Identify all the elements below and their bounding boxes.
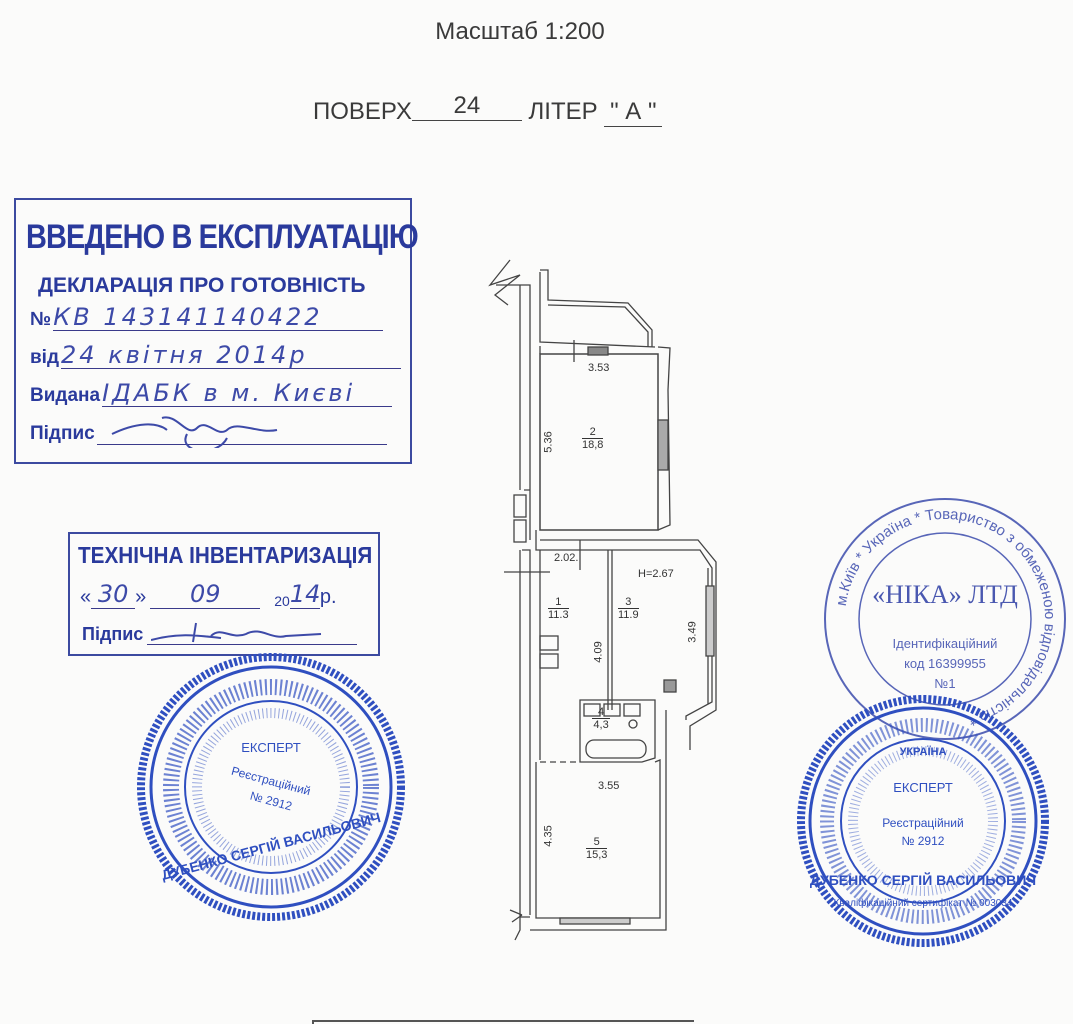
letter-value: " А " [604,98,662,127]
dim-room2-length: 5.36 [543,431,555,452]
floor-plan: 3.53 5.36 2 18,8 2.02. Н=2.67 1 11.3 3 1… [480,250,730,950]
room-area: 11.3 [548,609,569,621]
expert-person: ДУБЕНКО СЕРГІЙ ВАСИЛЬОВИЧ [796,872,1050,888]
signature-icon [107,408,307,448]
expert-seal-left: ЕКСПЕРТ Реєстраційний № 2912 ДУБЕНКО СЕР… [136,652,406,922]
dim-room2-width: 3.53 [588,362,609,374]
room-number: 1 [548,596,569,609]
room-number: 2 [582,426,603,439]
room-2-label: 2 18,8 [582,426,603,451]
dim-room5-length: 4.35 [543,825,555,846]
inventory-date-row: « 30 » 09 20 14 р. [80,580,337,609]
room-number: 5 [586,836,607,849]
room-number: 4 [592,706,610,719]
dim-room5-width: 3.55 [598,780,619,792]
room-area: 4,3 [593,719,608,731]
room-3-label: 3 11.9 [618,596,639,621]
dim-room1-width: 2.02. [554,552,578,564]
expert-reg-label: Реєстраційний [796,816,1050,830]
inventory-signature-row: Підпис [82,624,357,645]
open-quote: « [80,586,91,609]
date-value: 24 квітня 2014р [61,342,401,369]
dim-room3-length: 3.49 [687,621,699,642]
close-quote: » [135,586,146,609]
inventory-day: 30 [91,580,135,609]
year-suffix: р. [320,586,337,609]
floor-value: 24 [412,92,522,121]
room-number: 3 [618,596,639,609]
nika-id-label: Ідентифікаційний [822,636,1068,651]
letter-label: ЛІТЕР [529,98,598,125]
year-prefix: 20 [274,593,290,609]
nika-code: код 16399955 [822,656,1068,671]
stamp-subtitle: ДЕКЛАРАЦІЯ ПРО ГОТОВНІСТЬ [38,274,365,298]
signature-label: Підпис [30,423,95,445]
room-1-label: 1 11.3 [548,596,569,621]
date-label: від [30,347,59,369]
room-4-label: 4 4,3 [592,706,610,731]
inventory-title: ТЕХНІЧНА ІНВЕНТАРИЗАЦІЯ [78,542,372,569]
stamp-issued-row: Видана ІДАБК в м. Києві [30,380,392,407]
dim-room1-length: 4.09 [593,641,605,662]
signature-icon [151,618,351,648]
signature-line [97,418,387,445]
floor-label: ПОВЕРХ [313,98,412,125]
inventory-signature-label: Підпис [82,624,143,645]
room-5-label: 5 15,3 [586,836,607,861]
room-area: 18,8 [582,439,603,451]
issued-label: Видана [30,385,100,407]
floor-letter-line: ПОВЕРХ24 ЛІТЕР " А " [313,98,662,127]
number-label: № [30,309,51,331]
stamp-signature-row: Підпис [30,418,387,445]
expert-certificate: Кваліфікаційний сертифікат № 003034 [796,898,1050,909]
expert-role: ЕКСПЕРТ [796,780,1050,795]
scale-label: Масштаб 1:200 [0,18,1040,46]
stamp-title: ВВЕДЕНО В ЕКСПЛУАТАЦІЮ [26,218,418,257]
inventory-year: 14 [290,580,320,609]
room-area: 11.9 [618,609,639,621]
issued-value: ІДАБК в м. Києві [102,380,392,407]
expert-reg-number: № 2912 [796,834,1050,848]
bottom-frame-edge [312,1020,694,1024]
number-value: КВ 143141140422 [53,304,383,331]
inventory-month: 09 [150,580,260,609]
commissioning-stamp: ВВЕДЕНО В ЕКСПЛУАТАЦІЮ ДЕКЛАРАЦІЯ ПРО ГО… [14,198,412,464]
inventory-stamp: ТЕХНІЧНА ІНВЕНТАРИЗАЦІЯ « 30 » 09 20 14 … [68,532,380,656]
nika-name: «НІКА» ЛТД [822,580,1068,610]
ceiling-height: Н=2.67 [638,568,674,580]
expert-seal-right: УКРАЇНА ЕКСПЕРТ Реєстраційний № 2912 ДУБ… [796,694,1050,948]
nika-number: №1 [822,676,1068,691]
room-area: 15,3 [586,849,607,861]
inventory-signature-line [147,624,357,645]
stamp-date-row: від 24 квітня 2014р [30,342,401,369]
expert-country: УКРАЇНА [796,746,1050,758]
stamp-number-row: № КВ 143141140422 [30,304,383,331]
